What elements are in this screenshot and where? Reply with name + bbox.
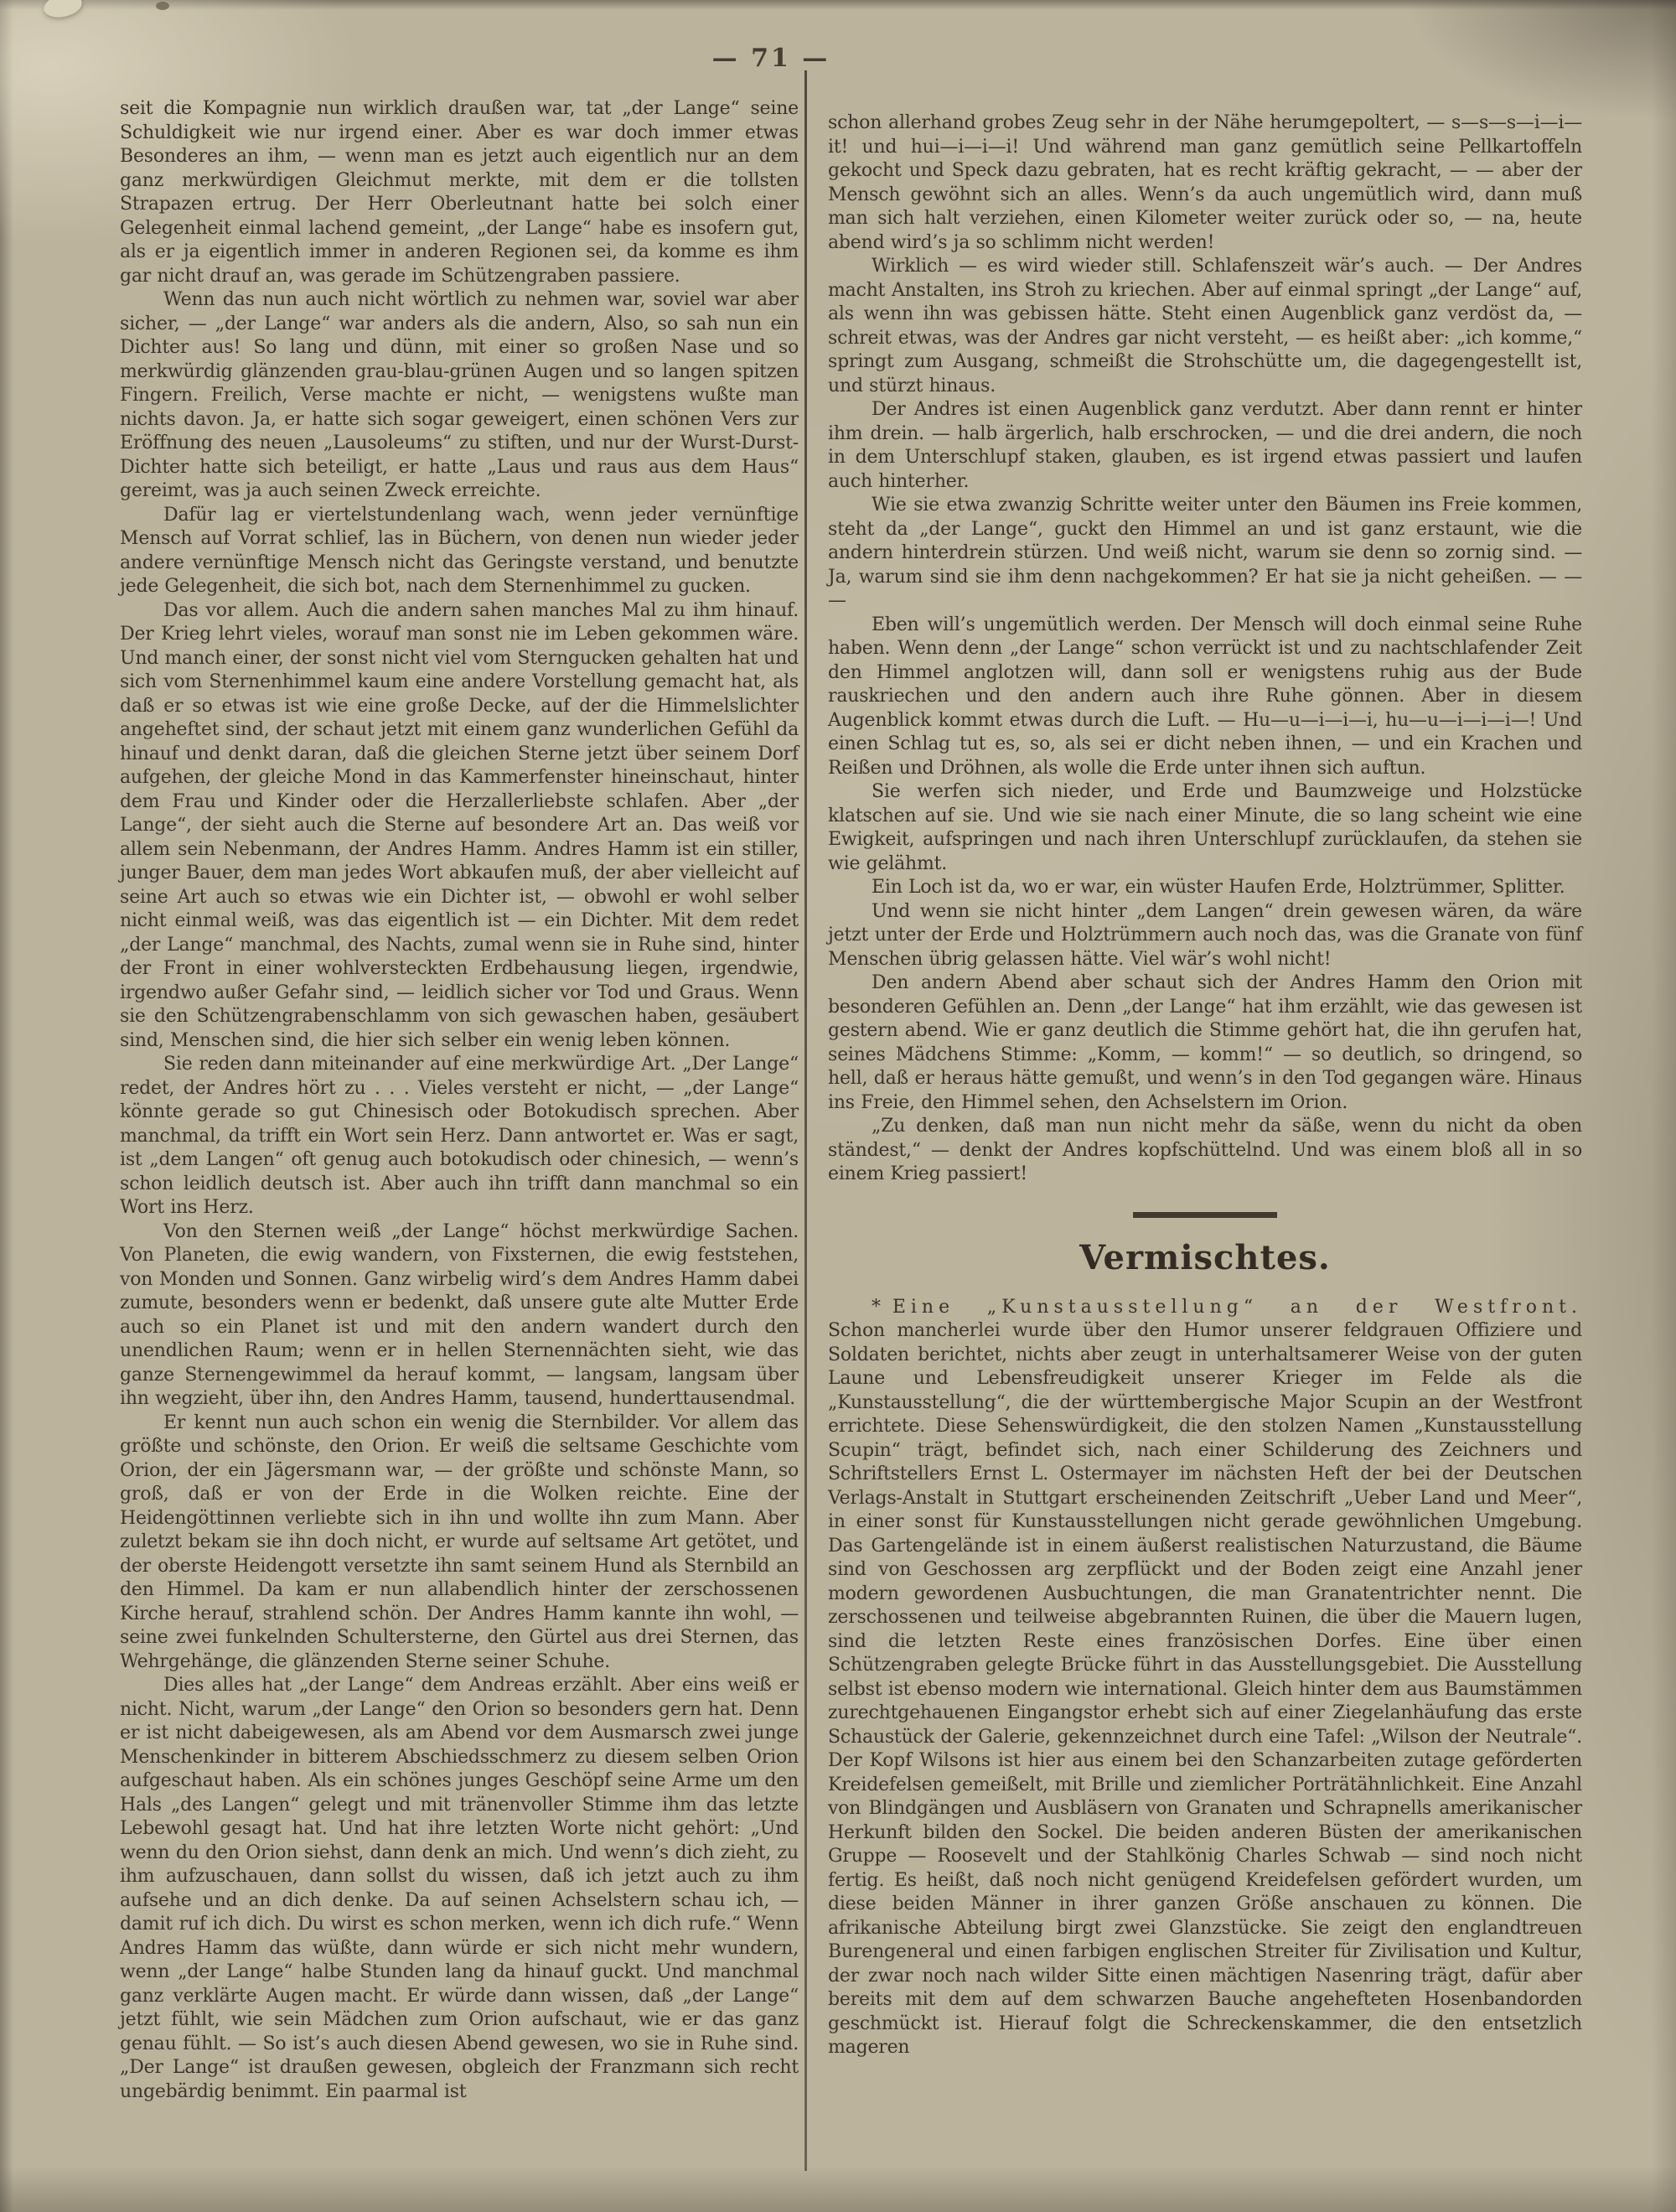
paragraph: Sie werfen sich nieder, und Erde und Bau… [828,780,1582,876]
paragraph: Der Andres ist einen Augenblick ganz ver… [828,398,1582,494]
paragraph: schon allerhand grobes Zeug sehr in der … [828,111,1582,255]
newspaper-page: — 71 — seit die Kompagnie nun wirklich d… [0,0,1676,2212]
paragraph: Das vor allem. Auch die andern sahen man… [120,599,799,1054]
column-divider-rule [804,70,807,2171]
paragraph: Wenn das nun auch nicht wörtlich zu nehm… [120,288,799,504]
paragraph: Wie sie etwa zwanzig Schritte weiter unt… [828,494,1582,614]
section-lead-paragraph: *Eine „Kunstausstellung“ an der Westfron… [828,1296,1582,2060]
page-number: — 71 — [687,44,855,73]
paragraph: Er kennt nun auch schon ein wenig die St… [120,1412,799,1675]
paper-fleck [156,2,169,10]
section-lead-title: Eine „Kunstausstellung“ an der Westfront… [892,1297,1582,1318]
right-column: schon allerhand grobes Zeug sehr in der … [828,111,1582,2060]
paragraph: „Zu denken, daß man nun nicht mehr da sä… [828,1115,1582,1187]
paragraph: Wirklich — es wird wieder still. Schlafe… [828,255,1582,398]
paragraph: Und wenn sie nicht hinter „dem Langen“ d… [828,900,1582,972]
paragraph: Dafür lag er viertelstundenlang wach, we… [120,504,799,599]
section-divider-rule [1133,1212,1277,1218]
section-heading: Vermischtes. [828,1238,1582,1277]
paper-tear-mark [42,0,84,20]
section-body-text: Schon mancherlei wurde über den Humor un… [828,1320,1582,2058]
paragraph: Dies alles hat „der Lange“ dem Andreas e… [120,1674,799,2104]
paragraph: Sie reden dann miteinander auf eine merk… [120,1053,799,1220]
footnote-star: * [872,1297,892,1318]
paragraph: seit die Kompagnie nun wirklich draußen … [120,97,799,288]
left-column: seit die Kompagnie nun wirklich draußen … [120,97,799,2104]
paragraph: Eben will’s ungemütlich werden. Der Mens… [828,614,1582,781]
paragraph: Ein Loch ist da, wo er war, ein wüster H… [828,876,1582,900]
paragraph: Von den Sternen weiß „der Lange“ höchst … [120,1220,799,1412]
paragraph: Den andern Abend aber schaut sich der An… [828,971,1582,1115]
